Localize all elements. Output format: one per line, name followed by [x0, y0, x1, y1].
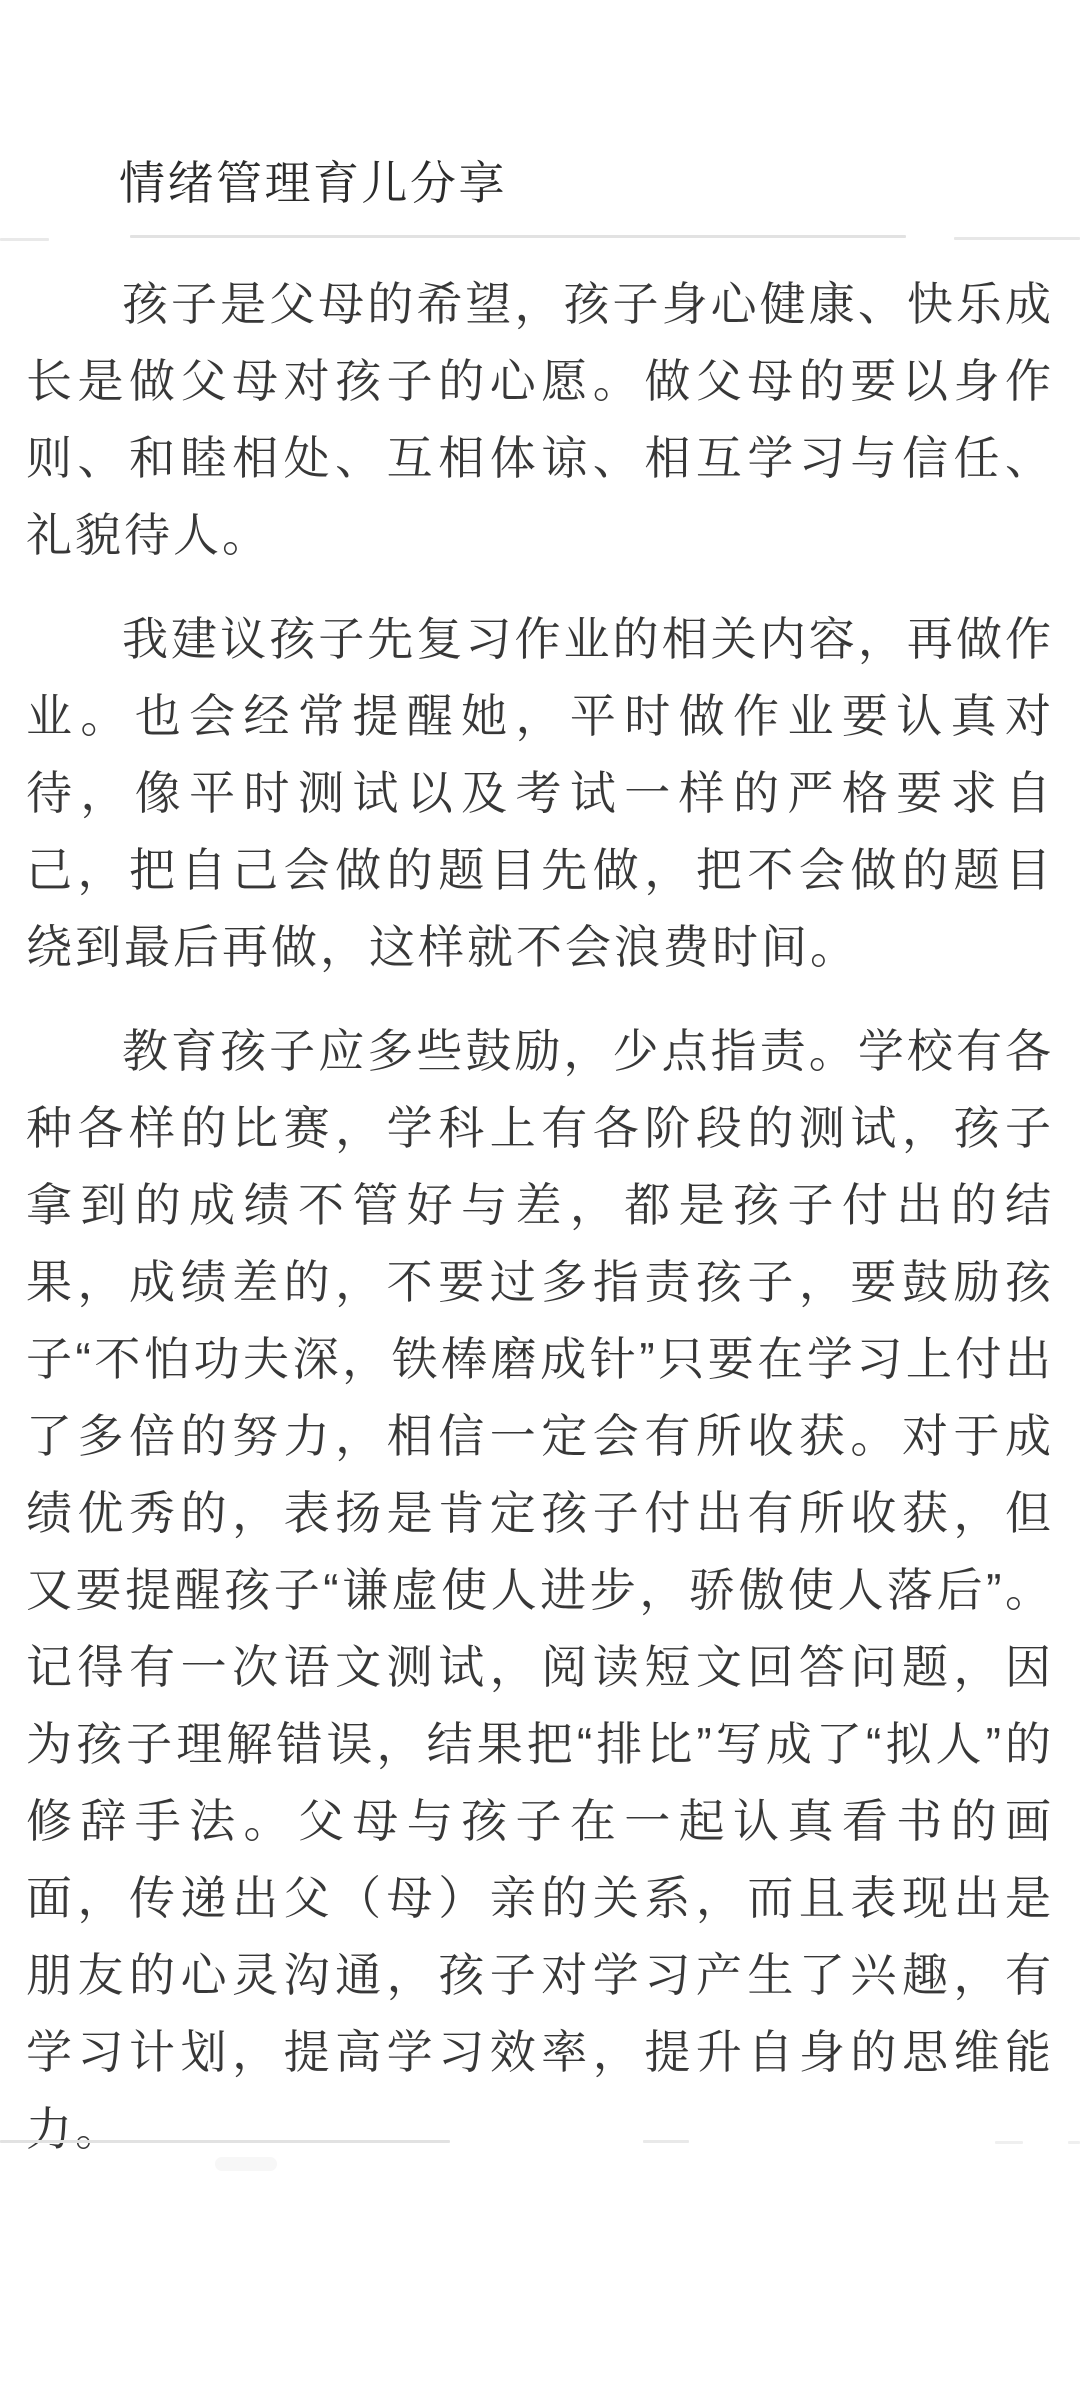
paragraph-1: 孩子是父母的希望，孩子身心健康、快乐成长是做父母对孩子的心愿。做父母的要以身作则… [26, 266, 1054, 574]
paragraph-2: 我建议孩子先复习作业的相关内容，再做作业。也会经常提醒她，平时做作业要认真对待，… [26, 601, 1054, 986]
bottom-divider [0, 2140, 450, 2143]
document-title: 情绪管理育儿分享 [119, 147, 507, 213]
article-body: 孩子是父母的希望，孩子身心健康、快乐成长是做父母对孩子的心愿。做父母的要以身作则… [26, 266, 1054, 2168]
title-divider-segment [0, 238, 49, 241]
bottom-divider-segment [995, 2141, 1023, 2144]
title-divider-segment [954, 237, 1080, 240]
bottom-divider-segment [1068, 2141, 1080, 2144]
bottom-divider-segment [643, 2140, 689, 2143]
title-divider [130, 235, 906, 238]
document-page: 情绪管理育儿分享 孩子是父母的希望，孩子身心健康、快乐成长是做父母对孩子的心愿。… [0, 0, 1080, 2400]
paragraph-3: 教育孩子应多些鼓励，少点指责。学校有各种各样的比赛，学科上有各阶段的测试，孩子拿… [26, 1013, 1054, 2168]
scan-artifact [215, 2157, 277, 2171]
